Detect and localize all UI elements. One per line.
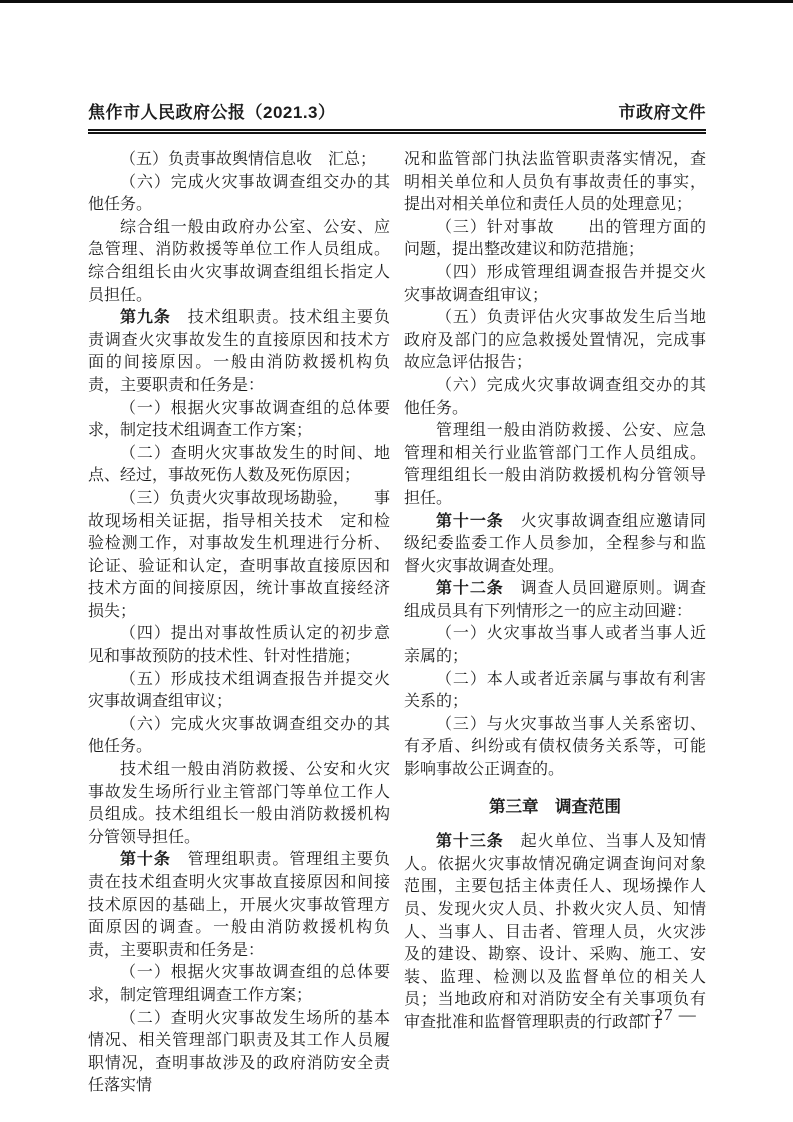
header-gazette-title: 焦作市人民政府公报（2021.3） bbox=[88, 102, 336, 124]
paragraph: （三）与火灾事故当事人关系密切、有矛盾、纠纷或有债权债务关系等，可能影响事故公正… bbox=[404, 714, 706, 782]
paragraph: （五）负责评估火灾事故发生后当地政府及部门的应急救援处置情况，完成事故应急评估报… bbox=[404, 307, 706, 375]
chapter-heading: 第三章 调查范围 bbox=[404, 796, 706, 819]
paragraph: （一）火灾事故当事人或者当事人近亲属的； bbox=[404, 623, 706, 668]
paragraph: （六）完成火灾事故调查组交办的其他任务。 bbox=[88, 714, 390, 759]
paragraph: 第九条 技术组职责。技术组主要负责调查火灾事故发生的直接原因和技术方面的间接原因… bbox=[88, 307, 390, 397]
gazette-page: { "header": { "left": "焦作市人民政府公报（2021.3）… bbox=[0, 0, 793, 1122]
paragraph: 第十二条 调查人员回避原则。调查组成员具有下列情形之一的应主动回避： bbox=[404, 578, 706, 623]
running-header: 焦作市人民政府公报（2021.3） 市政府文件 bbox=[88, 102, 706, 124]
scan-edge-line bbox=[0, 0, 793, 3]
paragraph: 第十一条 火灾事故调查组应邀请同级纪委监委工作人员参加，全程参与和监督火灾事故调… bbox=[404, 511, 706, 579]
paragraph: （三）负责火灾事故现场勘验， 事故现场相关证据，指导相关技术 定和检验检测工作，… bbox=[88, 488, 390, 624]
article-number: 第十条 bbox=[120, 851, 171, 868]
paragraph: （四）形成管理组调查报告并提交火灾事故调查组审议； bbox=[404, 262, 706, 307]
article-number: 第十一条 bbox=[436, 513, 504, 530]
paragraph: （一）根据火灾事故调查组的总体要求，制定技术组调查工作方案； bbox=[88, 398, 390, 443]
text-columns: （五）负责事故舆情信息收 汇总；（六）完成火灾事故调查组交办的其他任务。综合组一… bbox=[88, 149, 706, 1098]
column-right: 况和监管部门执法监管职责落实情况，查明相关单位和人员负有事故责任的事实，提出对相… bbox=[404, 149, 706, 1098]
paragraph: （四）提出对事故性质认定的初步意见和事故预防的技术性、针对性措施； bbox=[88, 623, 390, 668]
paragraph: 况和监管部门执法监管职责落实情况，查明相关单位和人员负有事故责任的事实，提出对相… bbox=[404, 149, 706, 217]
paragraph: （六）完成火灾事故调查组交办的其他任务。 bbox=[88, 172, 390, 217]
paragraph: 技术组一般由消防救援、公安和火灾事故发生场所行业主管部门等单位工作人员组成。技术… bbox=[88, 759, 390, 849]
header-rule bbox=[88, 129, 706, 134]
paragraph: （三）针对事故 出的管理方面的问题，提出整改建议和防范措施； bbox=[404, 217, 706, 262]
paragraph: （二）查明火灾事故发生的时间、地点、经过，事故死伤人数及死伤原因； bbox=[88, 443, 390, 488]
article-number: 第九条 bbox=[120, 309, 171, 326]
paragraph: 综合组一般由政府办公室、公安、应急管理、消防救援等单位工作人员组成。综合组组长由… bbox=[88, 217, 390, 307]
page-number: — 27 — bbox=[622, 1005, 706, 1025]
header-section-label: 市政府文件 bbox=[619, 102, 707, 124]
paragraph: （五）负责事故舆情信息收 汇总； bbox=[88, 149, 390, 172]
paragraph: （五）形成技术组调查报告并提交火灾事故调查组审议； bbox=[88, 669, 390, 714]
page-content: 焦作市人民政府公报（2021.3） 市政府文件 （五）负责事故舆情信息收 汇总；… bbox=[88, 102, 706, 1098]
paragraph: （一）根据火灾事故调查组的总体要求，制定管理组调查工作方案； bbox=[88, 962, 390, 1007]
column-left: （五）负责事故舆情信息收 汇总；（六）完成火灾事故调查组交办的其他任务。综合组一… bbox=[88, 149, 390, 1098]
paragraph: （二）查明火灾事故发生场所的基本情况、相关管理部门职责及其工作人员履职情况，查明… bbox=[88, 1008, 390, 1098]
paragraph: 管理组一般由消防救援、公安、应急管理和相关行业监管部门工作人员组成。管理组组长一… bbox=[404, 420, 706, 510]
article-number: 第十三条 bbox=[436, 833, 504, 850]
article-number: 第十二条 bbox=[436, 580, 504, 597]
paragraph: （二）本人或者近亲属与事故有利害关系的； bbox=[404, 669, 706, 714]
paragraph: 第十条 管理组职责。管理组主要负责在技术组查明火灾事故直接原因和间接技术原因的基… bbox=[88, 849, 390, 962]
paragraph: （六）完成火灾事故调查组交办的其他任务。 bbox=[404, 375, 706, 420]
